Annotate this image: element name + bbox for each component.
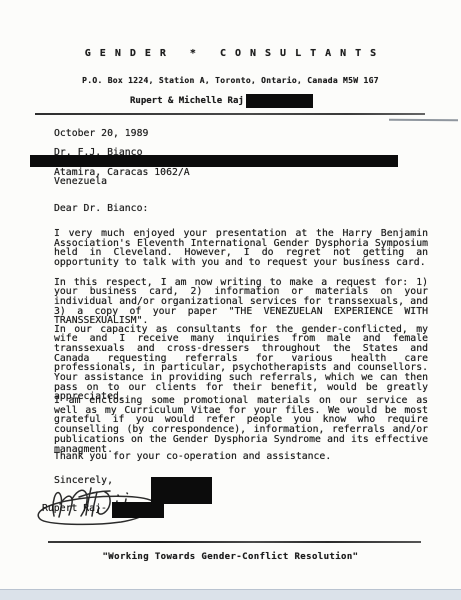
letterhead-rule — [35, 113, 425, 115]
org-title: GENDER * CONSULTANTS — [0, 48, 461, 59]
letter-paragraph: I very much enjoyed your presentation at… — [54, 229, 428, 268]
org-address: P.O. Box 1224, Station A, Toronto, Ontar… — [0, 76, 461, 85]
salutation: Dear Dr. Bianco: — [54, 204, 148, 214]
footer-rule — [48, 541, 421, 543]
scanned-letter-page: GENDER * CONSULTANTS P.O. Box 1224, Stat… — [0, 0, 461, 600]
contact-names: Rupert & Michelle Raj — [130, 96, 244, 106]
date-line: October 20, 1989 — [54, 129, 148, 139]
letterhead-rule-artifact — [389, 118, 458, 120]
redaction-bar-address — [30, 155, 398, 167]
recipient-country: Venezuela — [54, 177, 107, 187]
letter-paragraph: In our capacity as consultants for the g… — [54, 325, 428, 403]
closing-thanks: Thank you for your co-operation and assi… — [54, 452, 331, 462]
redaction-box-contact — [246, 94, 313, 108]
redaction-box-signature-upper — [151, 477, 212, 504]
footer-tagline: "Working Towards Gender-Conflict Resolut… — [0, 552, 461, 562]
letter-paragraph: I am enclosing some promotional material… — [54, 396, 428, 454]
redaction-box-signature-lower — [112, 502, 164, 518]
scan-artifact-band — [0, 589, 461, 600]
contact-names-row: Rupert & Michelle Raj — [130, 93, 313, 108]
letter-paragraph: In this respect, I am now writing to mak… — [54, 278, 428, 327]
